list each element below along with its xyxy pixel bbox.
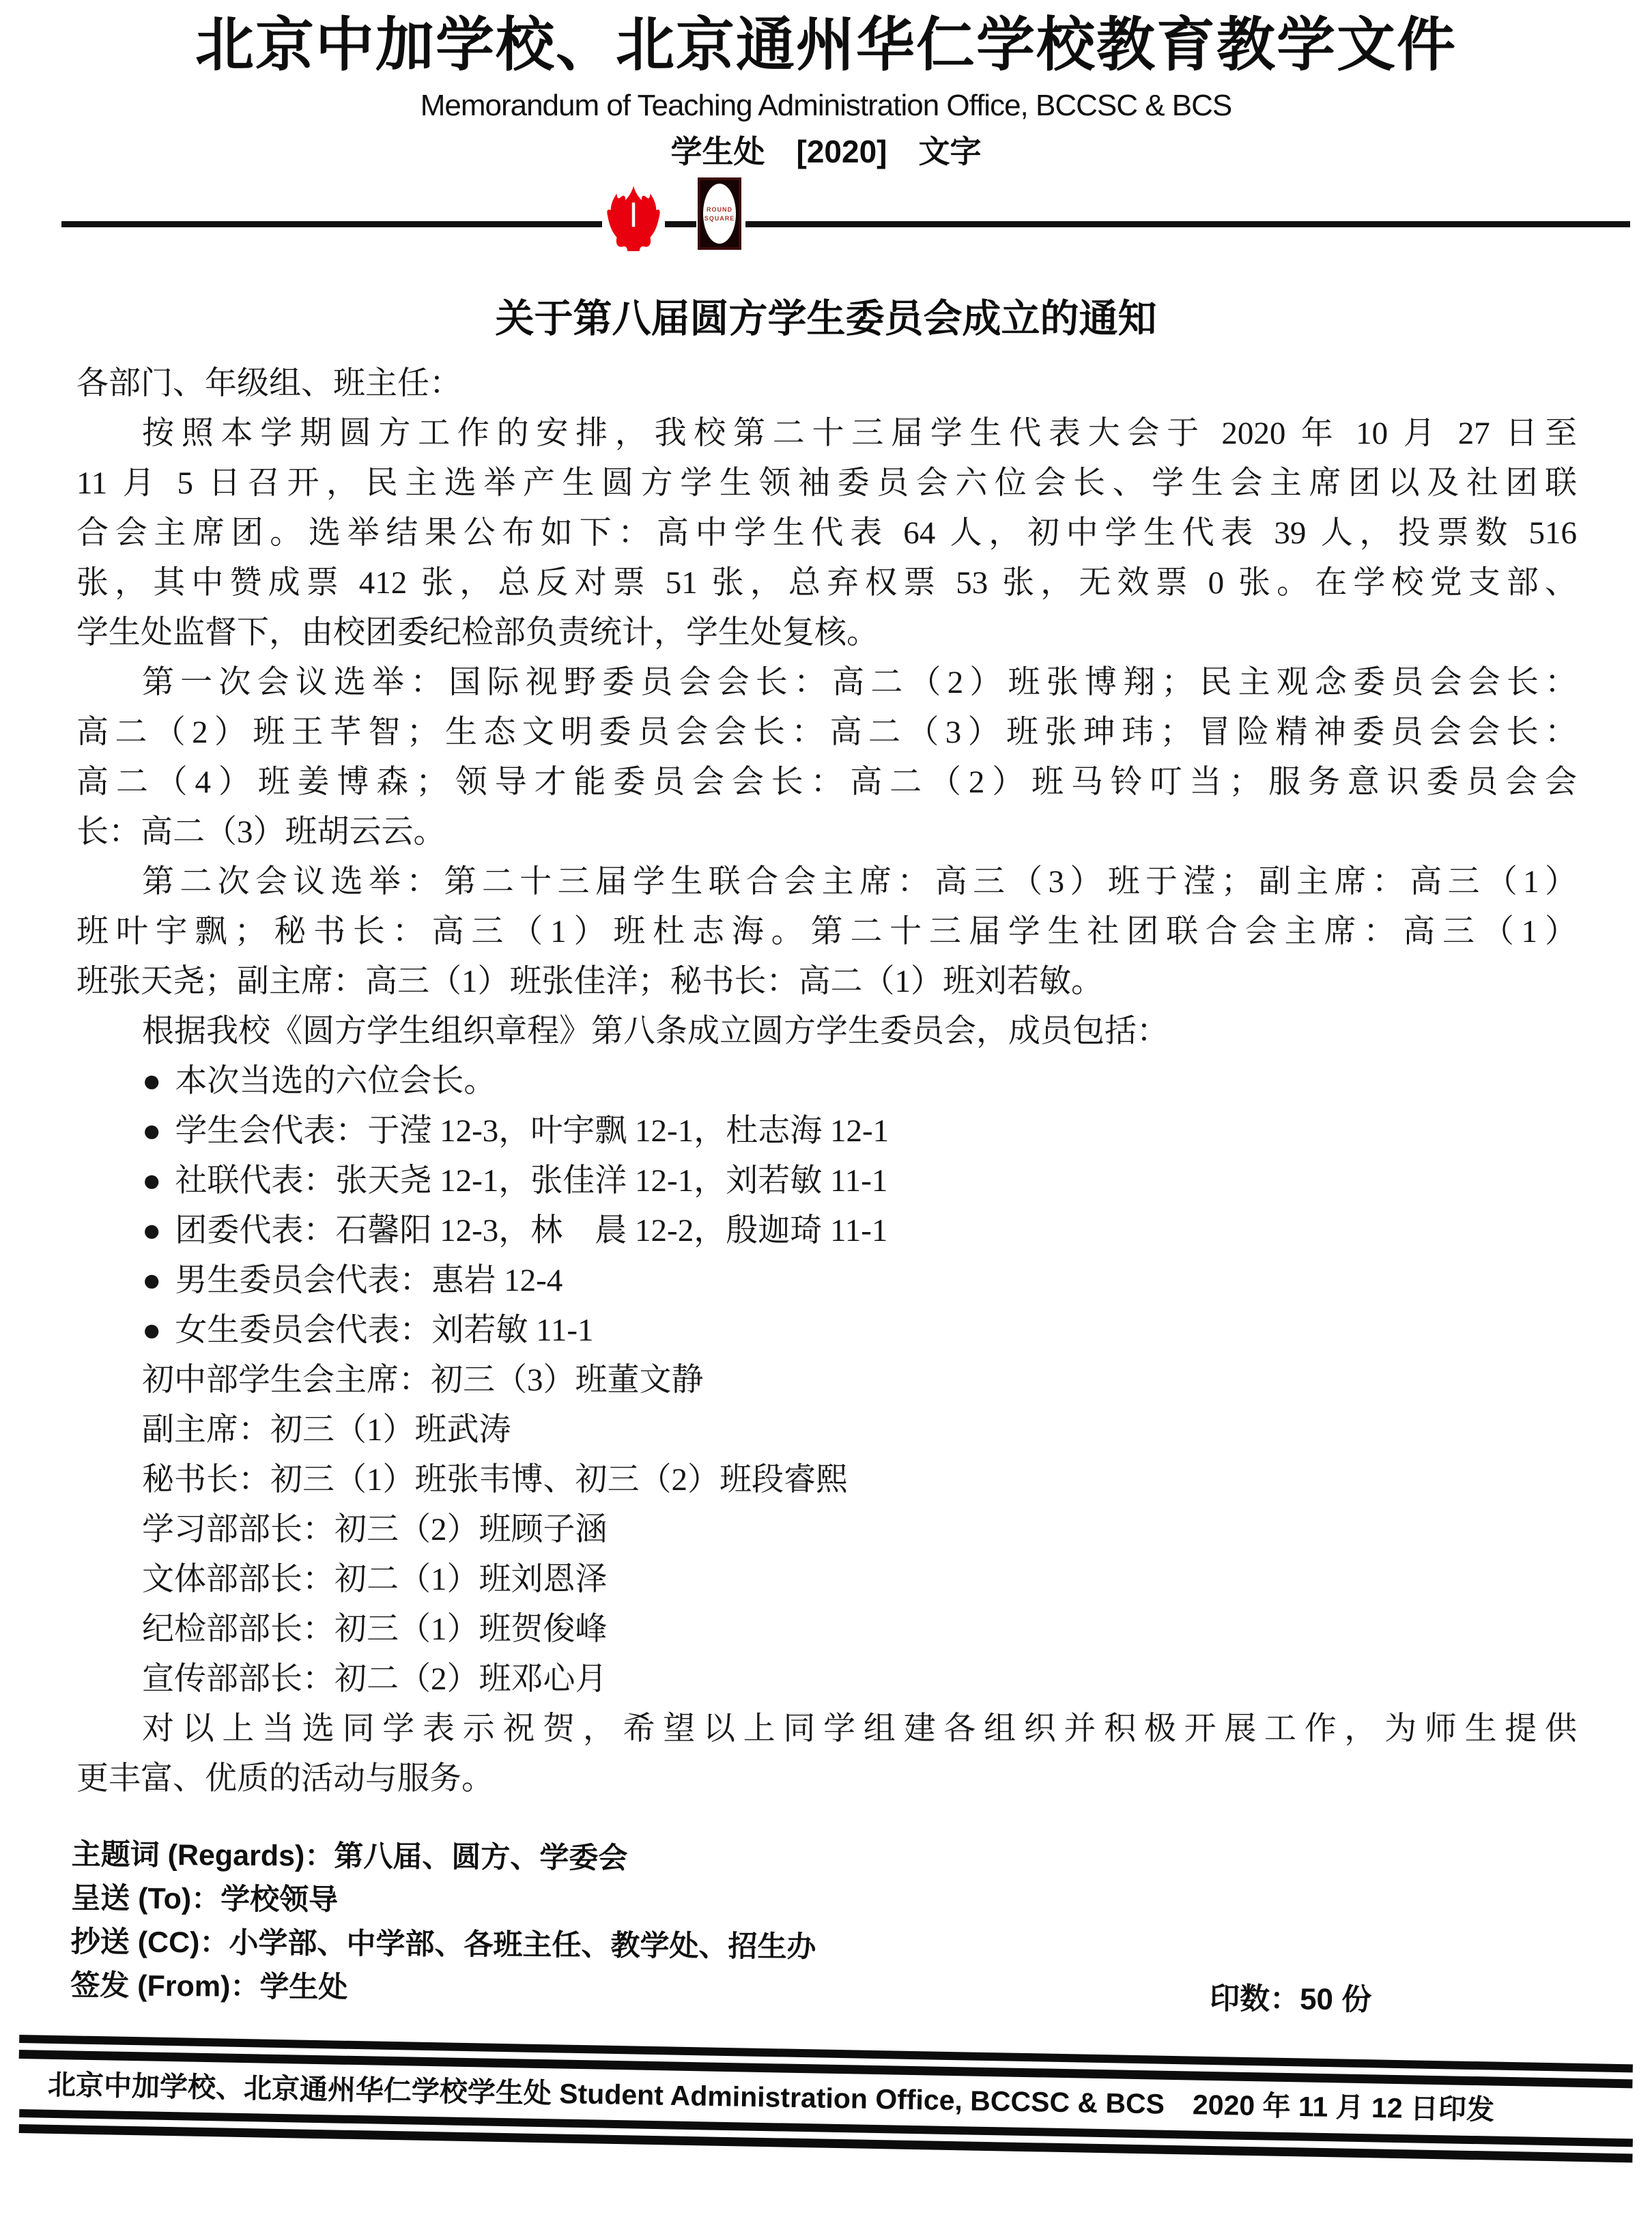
body-line-text: 合会主席团。选举结果公布如下：高中学生代表 64 人，初中学生代表 39 人，投… (76, 515, 1577, 551)
body-line: 合会主席团。选举结果公布如下：高中学生代表 64 人，初中学生代表 39 人，投… (76, 509, 1577, 558)
body-line-text: 按照本学期圆方工作的安排，我校第二十三届学生代表大会于 2020 年 10 月 … (142, 416, 1577, 451)
body-line: 文体部部长：初二（1）班刘恩泽 (76, 1555, 1577, 1605)
body-line-text: 班叶宇飘；秘书长：高三（1）班杜志海。第二十三届学生社团联合会主席：高三（1） (76, 914, 1577, 949)
body-line: ●男生委员会代表：惠岩 12-4 (76, 1256, 1577, 1306)
body-line: 11 月 5 日召开，民主选举产生圆方学生领袖委员会六位会长、学生会主席团以及社… (76, 459, 1577, 509)
bullet-dot-icon: ● (142, 1063, 161, 1099)
body-line-text: 第一次会议选举：国际视野委员会会长：高二（2）班张博翔；民主观念委员会会长： (142, 665, 1577, 700)
body-line: 第一次会议选举：国际视野委员会会长：高二（2）班张博翔；民主观念委员会会长： (76, 658, 1577, 708)
document-page: 北京中加学校、北京通州华仁学校教育教学文件 Memorandum of Teac… (0, 0, 1652, 2217)
body-line: 初中部学生会主席：初三（3）班董文静 (76, 1356, 1577, 1405)
body-line-text: 长：高二（3）班胡云云。 (76, 814, 446, 850)
body-line-text: 初中部学生会主席：初三（3）班董文静 (142, 1362, 704, 1398)
body-line: 学生处监督下，由校团委纪检部负责统计，学生处复核。 (76, 608, 1577, 658)
round-square-text-line2: SQUARE (704, 215, 735, 222)
body-line: 高二（2）班王芊智；生态文明委员会会长：高二（3）班张珅玮；冒险精神委员会会长： (76, 708, 1577, 758)
body-line-text: 高二（4）班姜博森；领导才能委员会会长：高二（2）班马铃叮当；服务意识委员会会 (76, 764, 1577, 800)
body-line-text: 根据我校《圆方学生组织章程》第八条成立圆方学生委员会，成员包括： (142, 1014, 1169, 1049)
header-rule-middle (665, 221, 696, 227)
body-line: 对以上当选同学表示祝贺，希望以上同学组建各组织并积极开展工作，为师生提供 (76, 1704, 1577, 1754)
header-rule-left (61, 221, 602, 227)
body-line-text: 更丰富、优质的活动与服务。 (76, 1761, 494, 1797)
body-line-text: 学习部部长：初三（2）班顾子涵 (142, 1512, 608, 1547)
round-square-ellipse: ROUND SQUARE (703, 184, 736, 244)
notice-body: 各部门、年级组、班主任：按照本学期圆方工作的安排，我校第二十三届学生代表大会于 … (76, 359, 1577, 1804)
body-line: 高二（4）班姜博森；领导才能委员会会长：高二（2）班马铃叮当；服务意识委员会会 (76, 758, 1577, 807)
body-line: 学习部部长：初三（2）班顾子涵 (76, 1505, 1577, 1555)
body-line-text: 班张天尧；副主席：高三（1）班张佳洋；秘书长：高二（1）班刘若敏。 (76, 964, 1103, 999)
body-line: ●社联代表：张天尧 12-1，张佳洋 12-1，刘若敏 11-1 (76, 1156, 1577, 1206)
body-line: 班张天尧；副主席：高三（1）班张佳洋；秘书长：高二（1）班刘若敏。 (76, 957, 1577, 1007)
body-line-text: 各部门、年级组、班主任： (76, 366, 461, 401)
body-line: 根据我校《圆方学生组织章程》第八条成立圆方学生委员会，成员包括： (76, 1007, 1577, 1057)
page-title: 北京中加学校、北京通州华仁学校教育教学文件 (20, 11, 1632, 79)
round-square-text-line1: ROUND (707, 206, 732, 213)
body-line: 秘书长：初三（1）班张韦博、初三（2）班段睿熙 (76, 1455, 1577, 1505)
body-line-text: 学生处监督下，由校团委纪检部负责统计，学生处复核。 (76, 615, 879, 650)
maple-leaf-icon (606, 184, 661, 251)
body-line-text: 第二次会议选举：第二十三届学生联合会主席：高三（3）班于滢；副主席：高三（1） (142, 864, 1577, 900)
header-rule-right (745, 221, 1630, 227)
subtitle-english: Memorandum of Teaching Administration Of… (0, 89, 1652, 123)
notice-title: 关于第八届圆方学生委员会成立的通知 (0, 298, 1652, 341)
body-line-text: 纪检部部长：初三（1）班贺俊峰 (142, 1612, 608, 1647)
body-line-text: 文体部部长：初二（1）班刘恩泽 (142, 1562, 608, 1597)
body-line-text: 张，其中赞成票 412 张，总反对票 51 张，总弃权票 53 张，无效票 0 … (76, 565, 1577, 601)
body-line: 副主席：初三（1）班武涛 (76, 1405, 1577, 1455)
body-line-text: 高二（2）班王芊智；生态文明委员会会长：高二（3）班张珅玮；冒险精神委员会会长： (76, 715, 1577, 750)
body-line: ●女生委员会代表：刘若敏 11-1 (76, 1306, 1577, 1356)
bullet-dot-icon: ● (142, 1213, 161, 1248)
bullet-dot-icon: ● (142, 1313, 161, 1348)
body-line-text: 宣传部部长：初二（2）班邓心月 (142, 1661, 608, 1697)
bullet-dot-icon: ● (142, 1113, 161, 1149)
distribution-meta: 主题词 (Regards)：第八届、圆方、学委会呈送 (To)：学校领导抄送 (… (70, 1833, 1578, 2018)
body-line: 长：高二（3）班胡云云。 (76, 807, 1577, 857)
body-line: ●学生会代表：于滢 12-3，叶宇飘 12-1，杜志海 12-1 (76, 1106, 1577, 1156)
body-line: 纪检部部长：初三（1）班贺俊峰 (76, 1605, 1577, 1655)
body-line-text: 副主席：初三（1）班武涛 (142, 1412, 511, 1448)
bullet-dot-icon: ● (142, 1163, 161, 1199)
body-line-text: 团委代表：石馨阳 12-3，林 晨 12-2，殷迦琦 11-1 (175, 1213, 887, 1248)
body-line: 第二次会议选举：第二十三届学生联合会主席：高三（3）班于滢；副主席：高三（1） (76, 857, 1577, 907)
body-line: 张，其中赞成票 412 张，总反对票 51 张，总弃权票 53 张，无效票 0 … (76, 558, 1577, 608)
body-line: 按照本学期圆方工作的安排，我校第二十三届学生代表大会于 2020 年 10 月 … (76, 409, 1577, 459)
body-line-text: 对以上当选同学表示祝贺，希望以上同学组建各组织并积极开展工作，为师生提供 (142, 1711, 1577, 1747)
bullet-dot-icon: ● (142, 1263, 161, 1298)
body-line-text: 女生委员会代表：刘若敏 11-1 (175, 1313, 593, 1348)
body-line-text: 学生会代表：于滢 12-3，叶宇飘 12-1，杜志海 12-1 (175, 1113, 889, 1149)
body-line-text: 社联代表：张天尧 12-1，张佳洋 12-1，刘若敏 11-1 (175, 1163, 887, 1199)
body-line: 更丰富、优质的活动与服务。 (76, 1754, 1577, 1804)
maple-leaf-stem-slit (632, 203, 635, 227)
print-count: 印数：50 份 (1210, 1977, 1372, 2022)
round-square-logo: ROUND SQUARE (698, 177, 741, 250)
issue-number-line: 学生处 [2020] 文字 (0, 134, 1652, 169)
body-line: 各部门、年级组、班主任： (76, 359, 1577, 409)
body-line-text: 男生委员会代表：惠岩 12-4 (175, 1263, 562, 1298)
body-line: ●团委代表：石馨阳 12-3，林 晨 12-2，殷迦琦 11-1 (76, 1206, 1577, 1256)
document-header: 北京中加学校、北京通州华仁学校教育教学文件 Memorandum of Teac… (0, 11, 1652, 268)
body-line: ●本次当选的六位会长。 (76, 1057, 1577, 1106)
body-line: 宣传部部长：初二（2）班邓心月 (76, 1655, 1577, 1704)
notice-main: 关于第八届圆方学生委员会成立的通知 各部门、年级组、班主任：按照本学期圆方工作的… (0, 298, 1652, 1804)
header-rule-strip: ROUND SQUARE (0, 177, 1652, 268)
document-footer: 北京中加学校、北京通州华仁学校学生处 Student Administratio… (0, 2035, 1652, 2133)
body-line: 班叶宇飘；秘书长：高三（1）班杜志海。第二十三届学生社团联合会主席：高三（1） (76, 907, 1577, 957)
body-line-text: 11 月 5 日召开，民主选举产生圆方学生领袖委员会六位会长、学生会主席团以及社… (76, 466, 1577, 501)
body-line-text: 本次当选的六位会长。 (175, 1063, 496, 1099)
body-line-text: 秘书长：初三（1）班张韦博、初三（2）班段睿熙 (142, 1462, 848, 1498)
